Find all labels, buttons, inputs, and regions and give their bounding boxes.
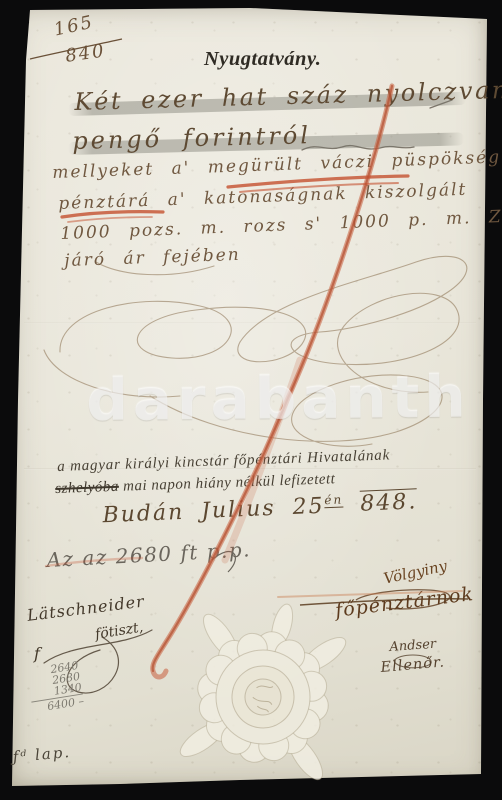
document-title: Nyugtatvány.	[204, 48, 321, 71]
signature-left-initial: f	[34, 644, 40, 663]
crossed-out-word: szhelyóba	[55, 479, 119, 497]
date-day-suffix: én	[324, 492, 343, 508]
amount-words-line-2: pengő forintról	[72, 121, 311, 155]
photo-of-receipt: 165 840 Nyugtatvány. Két ezer hat száz n…	[0, 0, 502, 800]
auction-house-watermark: darabanth	[86, 363, 471, 434]
fold-crease	[24, 322, 476, 324]
pencil-sum-column: 2640 2680 1340 6400 –	[26, 660, 85, 715]
date-year: 848.	[360, 489, 418, 517]
